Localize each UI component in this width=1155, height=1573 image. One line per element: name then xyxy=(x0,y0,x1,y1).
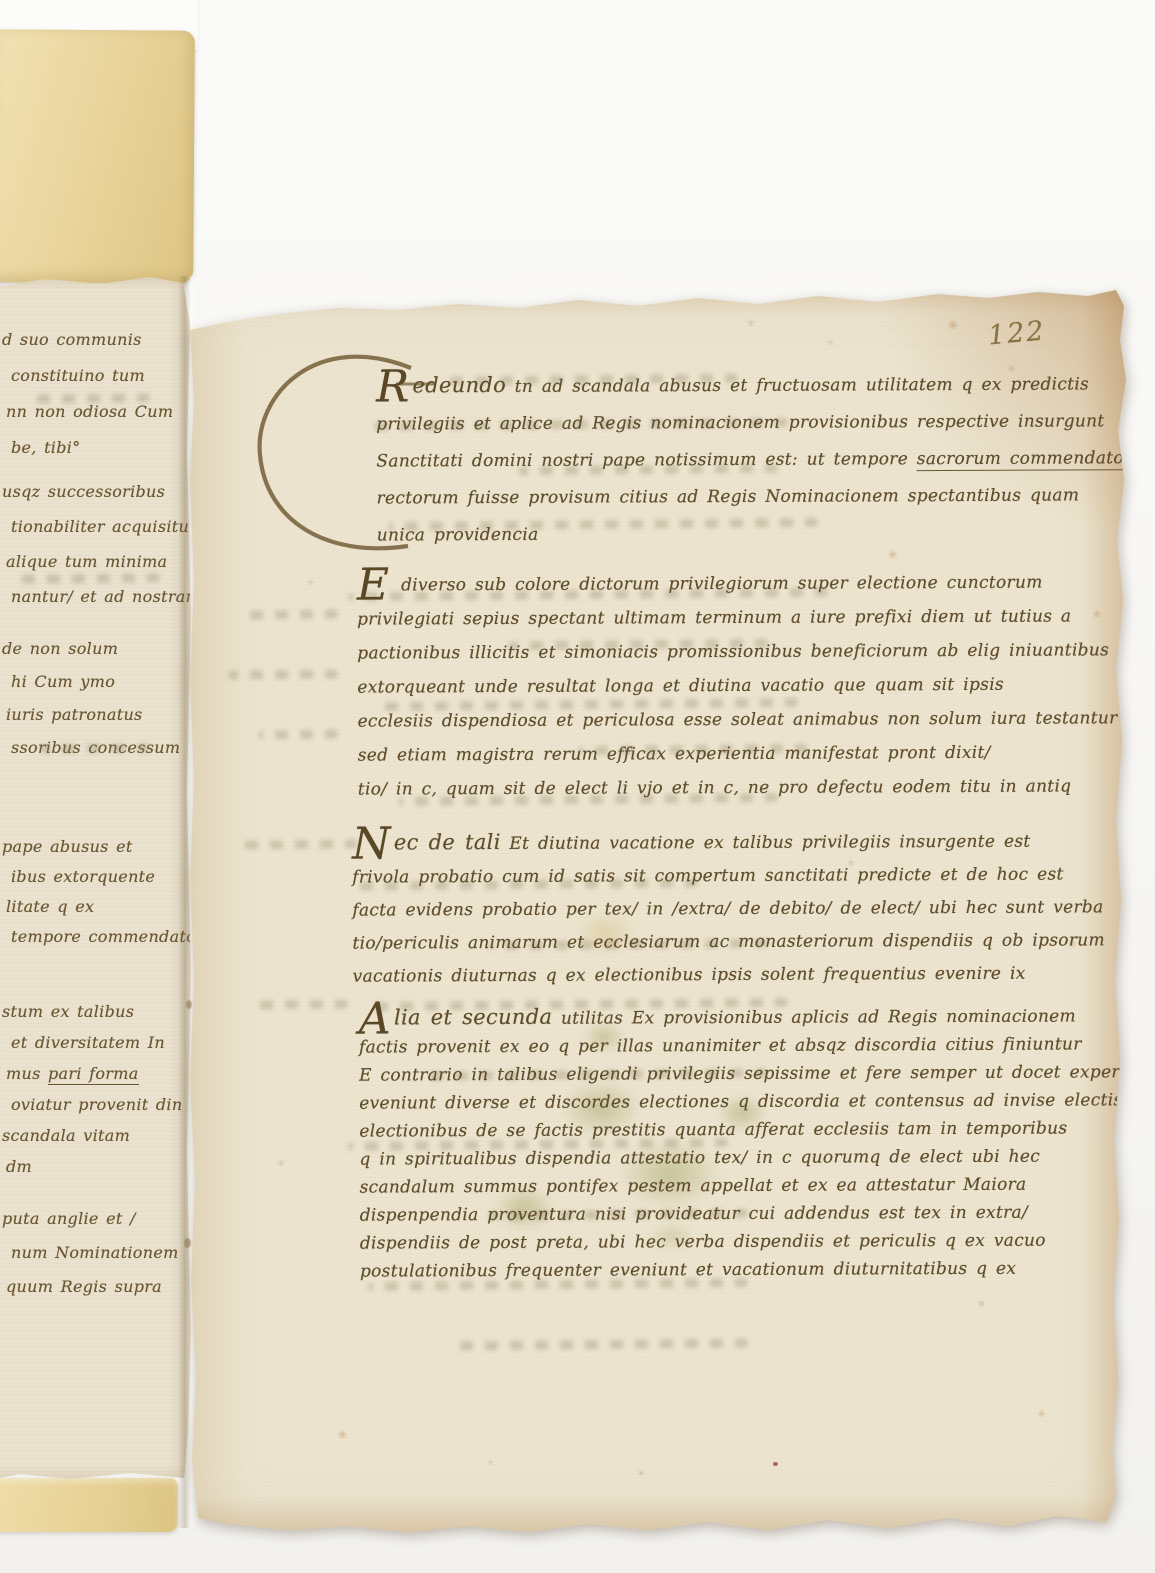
manuscript-line-fragment: stum ex talibus xyxy=(2,996,202,1027)
manuscript-line: vacationis diuturnas q ex electionibus i… xyxy=(353,957,1089,993)
manuscript-line: E diverso sub colore dictorum privilegio… xyxy=(357,565,1087,602)
manuscript-line: privilegiati sepius spectant ultimam ter… xyxy=(357,599,1087,636)
left-page-line-group: puta anglie et /num Nominationemquum Reg… xyxy=(2,1202,202,1304)
manuscript-line: ecclesiis dispendiosa et periculosa esse… xyxy=(357,701,1087,738)
manuscript-line: q in spiritualibus dispendia attestatio … xyxy=(359,1142,1089,1173)
manuscript-line: rectorum fuisse provisum citius ad Regis… xyxy=(376,477,1086,517)
manuscript-line: Redeundo tn ad scandala abusus et fructu… xyxy=(376,364,1086,406)
manuscript-line: Alia et secunda utilitas Ex provisionibu… xyxy=(359,1000,1089,1033)
manuscript-line: dispendiis de post preta, ubi hec verba … xyxy=(360,1226,1090,1257)
right-page-text: Redeundo tn ad scandala abusus et fructu… xyxy=(356,364,1090,1285)
manuscript-line-fragment: oviatur provenit din xyxy=(11,1089,202,1120)
red-mark xyxy=(773,1462,778,1466)
paragraph: Redeundo tn ad scandala abusus et fructu… xyxy=(376,364,1087,554)
foxing-spot xyxy=(978,1300,985,1307)
manuscript-line-fragment: hi Cum ymo xyxy=(11,665,202,698)
show-through-mark xyxy=(30,393,150,403)
manuscript-line-fragment: dm xyxy=(6,1151,202,1182)
manuscript-line-fragment: nantur/ et ad nostram xyxy=(11,579,202,614)
manuscript-photo: { "document": { "folio_number": "122", "… xyxy=(0,0,1155,1573)
manuscript-line-fragment: constituino tum xyxy=(11,358,202,394)
manuscript-line: extorqueant unde resultat longa et diuti… xyxy=(357,667,1087,704)
show-through-mark xyxy=(228,669,338,679)
paragraph: E diverso sub colore dictorum privilegio… xyxy=(357,565,1088,806)
insert-sheet-bottom xyxy=(0,1478,178,1532)
paragraph: Nec de tali Et diutina vacatione ex tali… xyxy=(352,823,1089,993)
foxing-spot xyxy=(748,320,754,326)
manuscript-line-fragment: d suo communis xyxy=(2,322,202,358)
foxing-spot xyxy=(308,580,313,585)
left-page: d suo communisconstituino tumnn non odio… xyxy=(0,274,194,1484)
paragraph-initial: R xyxy=(376,361,410,412)
manuscript-line: electionibus de se factis prestitis quan… xyxy=(359,1114,1089,1145)
left-page-line-group: pape abusus etibus extorquentelitate q e… xyxy=(2,832,202,952)
insert-sheet-top xyxy=(0,29,195,283)
manuscript-line: pactionibus illicitis et simoniacis prom… xyxy=(357,633,1087,670)
manuscript-line-fragment: puta anglie et / xyxy=(2,1202,202,1236)
manuscript-line-fragment: num Nominationem xyxy=(11,1236,202,1270)
manuscript-line: privilegiis et aplice ad Regis nominacio… xyxy=(376,403,1086,443)
show-through-mark xyxy=(238,839,358,849)
manuscript-line: unica providencia xyxy=(377,514,1087,554)
show-through-mark xyxy=(258,730,338,740)
foxing-spot xyxy=(828,340,833,345)
manuscript-line-fragment: et diversitatem In xyxy=(11,1027,202,1058)
foxing-spot xyxy=(1093,610,1101,618)
show-through-mark xyxy=(40,743,150,753)
right-page-wrap: 122 Redeundo tn ad scandala abusus et fr… xyxy=(188,280,1132,1540)
manuscript-line-fragment: iuris patronatus xyxy=(6,698,202,731)
folio-number: 122 xyxy=(987,316,1047,352)
manuscript-line-fragment: quum Regis supra xyxy=(6,1270,202,1304)
manuscript-line-fragment: litate q ex xyxy=(6,892,202,922)
manuscript-line-fragment: tempore commendato xyxy=(11,922,202,952)
show-through-mark xyxy=(248,610,338,620)
manuscript-line: E contrario in talibus eligendi privileg… xyxy=(359,1058,1089,1089)
manuscript-line-fragment: tionabiliter acquisitum xyxy=(11,509,202,544)
manuscript-line-fragment: de non solum xyxy=(2,632,202,665)
manuscript-line: facta evidens probatio per tex/ in /extr… xyxy=(352,891,1088,927)
manuscript-line: scandalum summus pontifex pestem appella… xyxy=(360,1170,1090,1201)
manuscript-line: sed etiam magistra rerum efficax experie… xyxy=(358,735,1088,772)
manuscript-line-fragment: mus pari forma xyxy=(6,1058,202,1089)
manuscript-line: tio/ in c, quam sit de elect li vjo et i… xyxy=(358,769,1088,806)
manuscript-line: dispenpendia proventura nisi provideatur… xyxy=(360,1198,1090,1229)
manuscript-line-fragment: scandala vitam xyxy=(2,1120,202,1151)
foxing-spot xyxy=(948,320,958,330)
left-page-line-group: usqz successoribustionabiliter acquisitu… xyxy=(2,474,202,614)
manuscript-line-fragment: usqz successoribus xyxy=(2,474,202,509)
manuscript-line: tio/periculis animarum et ecclesiarum ac… xyxy=(352,924,1088,960)
foxing-spot xyxy=(638,1470,644,1476)
manuscript-line: factis provenit ex eo q per illas unanim… xyxy=(359,1030,1089,1061)
paragraph: Alia et secunda utilitas Ex provisionibu… xyxy=(359,1000,1090,1285)
foxing-spot xyxy=(278,1160,284,1166)
left-page-line-group: stum ex talibuset diversitatem Inmus par… xyxy=(2,996,202,1182)
manuscript-line: postulationibus frequenter eveniunt et v… xyxy=(360,1254,1090,1285)
manuscript-line: Sanctitati domini nostri pape notissimum… xyxy=(376,440,1086,480)
manuscript-line-fragment: ibus extorquente xyxy=(11,862,202,892)
foxing-spot xyxy=(338,1430,347,1439)
manuscript-line-fragment: pape abusus et xyxy=(2,832,202,862)
manuscript-line-fragment: be, tibi° xyxy=(11,430,202,466)
foxing-spot xyxy=(1038,1410,1045,1417)
show-through-mark xyxy=(248,999,348,1009)
manuscript-line: Nec de tali Et diutina vacatione ex tali… xyxy=(352,823,1088,861)
right-page: 122 Redeundo tn ad scandala abusus et fr… xyxy=(188,280,1130,1538)
show-through-mark xyxy=(20,573,160,583)
manuscript-line: eveniunt diverse et discordes electiones… xyxy=(359,1086,1089,1117)
manuscript-line: frivola probatio cum id satis sit comper… xyxy=(352,858,1088,894)
foxing-spot xyxy=(488,1460,493,1465)
